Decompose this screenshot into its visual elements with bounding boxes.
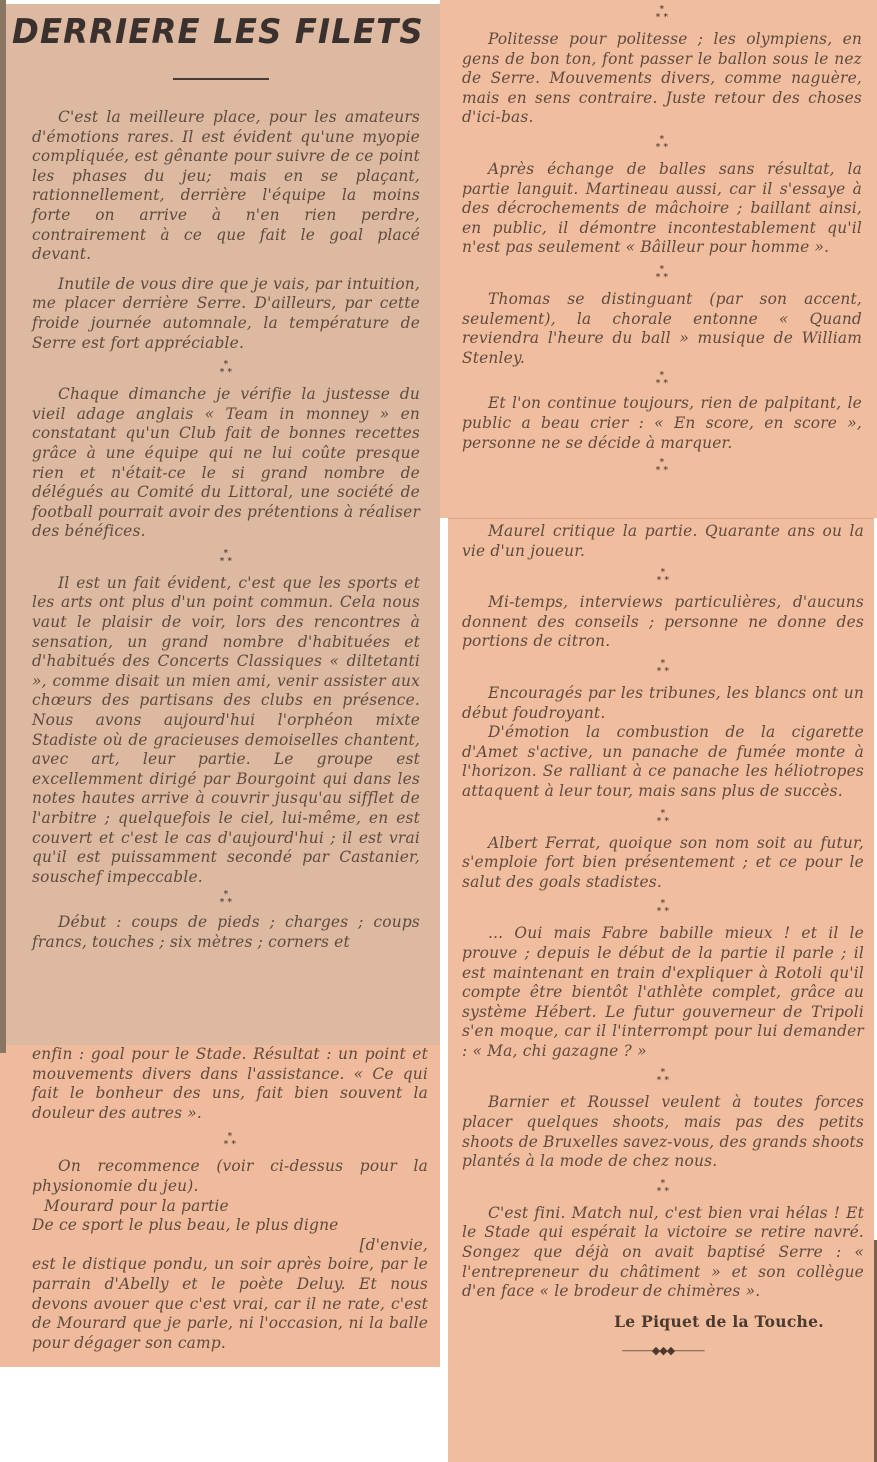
right-column-upper-clipping: ** * Politesse pour politesse ; les olym… — [440, 0, 877, 518]
paragraph: C'est la meilleure place, pour les amate… — [32, 108, 420, 265]
asterism-separator: ** * — [462, 1180, 864, 1196]
paragraph: Inutile de vous dire que je vais, par in… — [32, 275, 420, 353]
paragraph: Politesse pour politesse ; les olympiens… — [462, 30, 862, 128]
paragraph: Barnier et Roussel veulent à toutes forc… — [462, 1093, 864, 1171]
paragraph: est le distique pondu, un soir après boi… — [32, 1255, 428, 1353]
asterism-separator: ** * — [462, 1069, 864, 1085]
paragraph: Chaque dimanche je vérifie la justesse d… — [32, 385, 420, 542]
paragraph: Thomas se distinguant (par son accent, s… — [462, 290, 862, 368]
paragraph: Il est un fait évident, c'est que les sp… — [32, 574, 420, 888]
paragraph: enfin : goal pour le Stade. Résultat : u… — [32, 1045, 428, 1123]
asterism-separator: ** * — [462, 6, 862, 22]
paragraph: D'émotion la combustion de la cigarette … — [462, 723, 864, 801]
left-column-upper-content: DERRIERE LES FILETS C'est la meilleure p… — [12, 12, 430, 953]
top-margin — [0, 0, 440, 4]
paragraph: Début : coups de pieds ; charges ; coups… — [32, 913, 420, 952]
article-title: DERRIERE LES FILETS — [12, 12, 409, 52]
asterism-separator: ** * — [462, 136, 862, 152]
asterism-separator: ** * — [462, 900, 864, 916]
verse-title: Mourard pour la partie — [32, 1197, 428, 1217]
asterism-separator: ** * — [462, 810, 864, 826]
paragraph: Maurel critique la partie. Quarante ans … — [462, 522, 864, 561]
asterism-separator: ** * — [32, 891, 420, 907]
right-column-upper-content: ** * Politesse pour politesse ; les olym… — [462, 0, 862, 475]
end-ornament: ———◆◆◆——— — [462, 1341, 864, 1361]
paragraph: Mi-temps, interviews particulières, d'au… — [462, 593, 864, 652]
paragraph: ... Oui mais Fabre babille mieux ! et il… — [462, 924, 864, 1061]
paragraph: C'est fini. Match nul, c'est bien vrai h… — [462, 1204, 864, 1302]
left-column-lower-clipping: enfin : goal pour le Stade. Résultat : u… — [0, 1045, 440, 1367]
asterism-separator: ** * — [32, 1133, 428, 1149]
asterism-separator: ** * — [32, 550, 420, 566]
paragraph: Et l'on continue toujours, rien de palpi… — [462, 394, 862, 453]
right-column-lower-clipping: Maurel critique la partie. Quarante ans … — [448, 518, 874, 1462]
author-signature: Le Piquet de la Touche. — [462, 1312, 824, 1332]
paragraph: On recommence (voir ci-dessus pour la ph… — [32, 1157, 428, 1196]
asterism-separator: ** * — [462, 660, 864, 676]
left-column-lower-content: enfin : goal pour le Stade. Résultat : u… — [32, 1045, 428, 1353]
asterism-separator: ** * — [462, 569, 864, 585]
verse-line: De ce sport le plus beau, le plus digne — [32, 1216, 428, 1236]
left-column-upper-clipping: DERRIERE LES FILETS C'est la meilleure p… — [0, 0, 440, 1053]
verse-line-continuation: [d'envie, — [32, 1236, 428, 1256]
paragraph: Encouragés par les tribunes, les blancs … — [462, 684, 864, 723]
paragraph: Après échange de balles sans résultat, l… — [462, 160, 862, 258]
asterism-separator: ** * — [462, 459, 862, 475]
clipping-edge — [0, 0, 6, 1053]
title-underline — [173, 78, 269, 80]
asterism-separator: ** * — [462, 372, 862, 388]
asterism-separator: ** * — [32, 361, 420, 377]
right-column-lower-content: Maurel critique la partie. Quarante ans … — [462, 522, 864, 1361]
paragraph: Albert Ferrat, quoique son nom soit au f… — [462, 834, 864, 893]
asterism-separator: ** * — [462, 266, 862, 282]
